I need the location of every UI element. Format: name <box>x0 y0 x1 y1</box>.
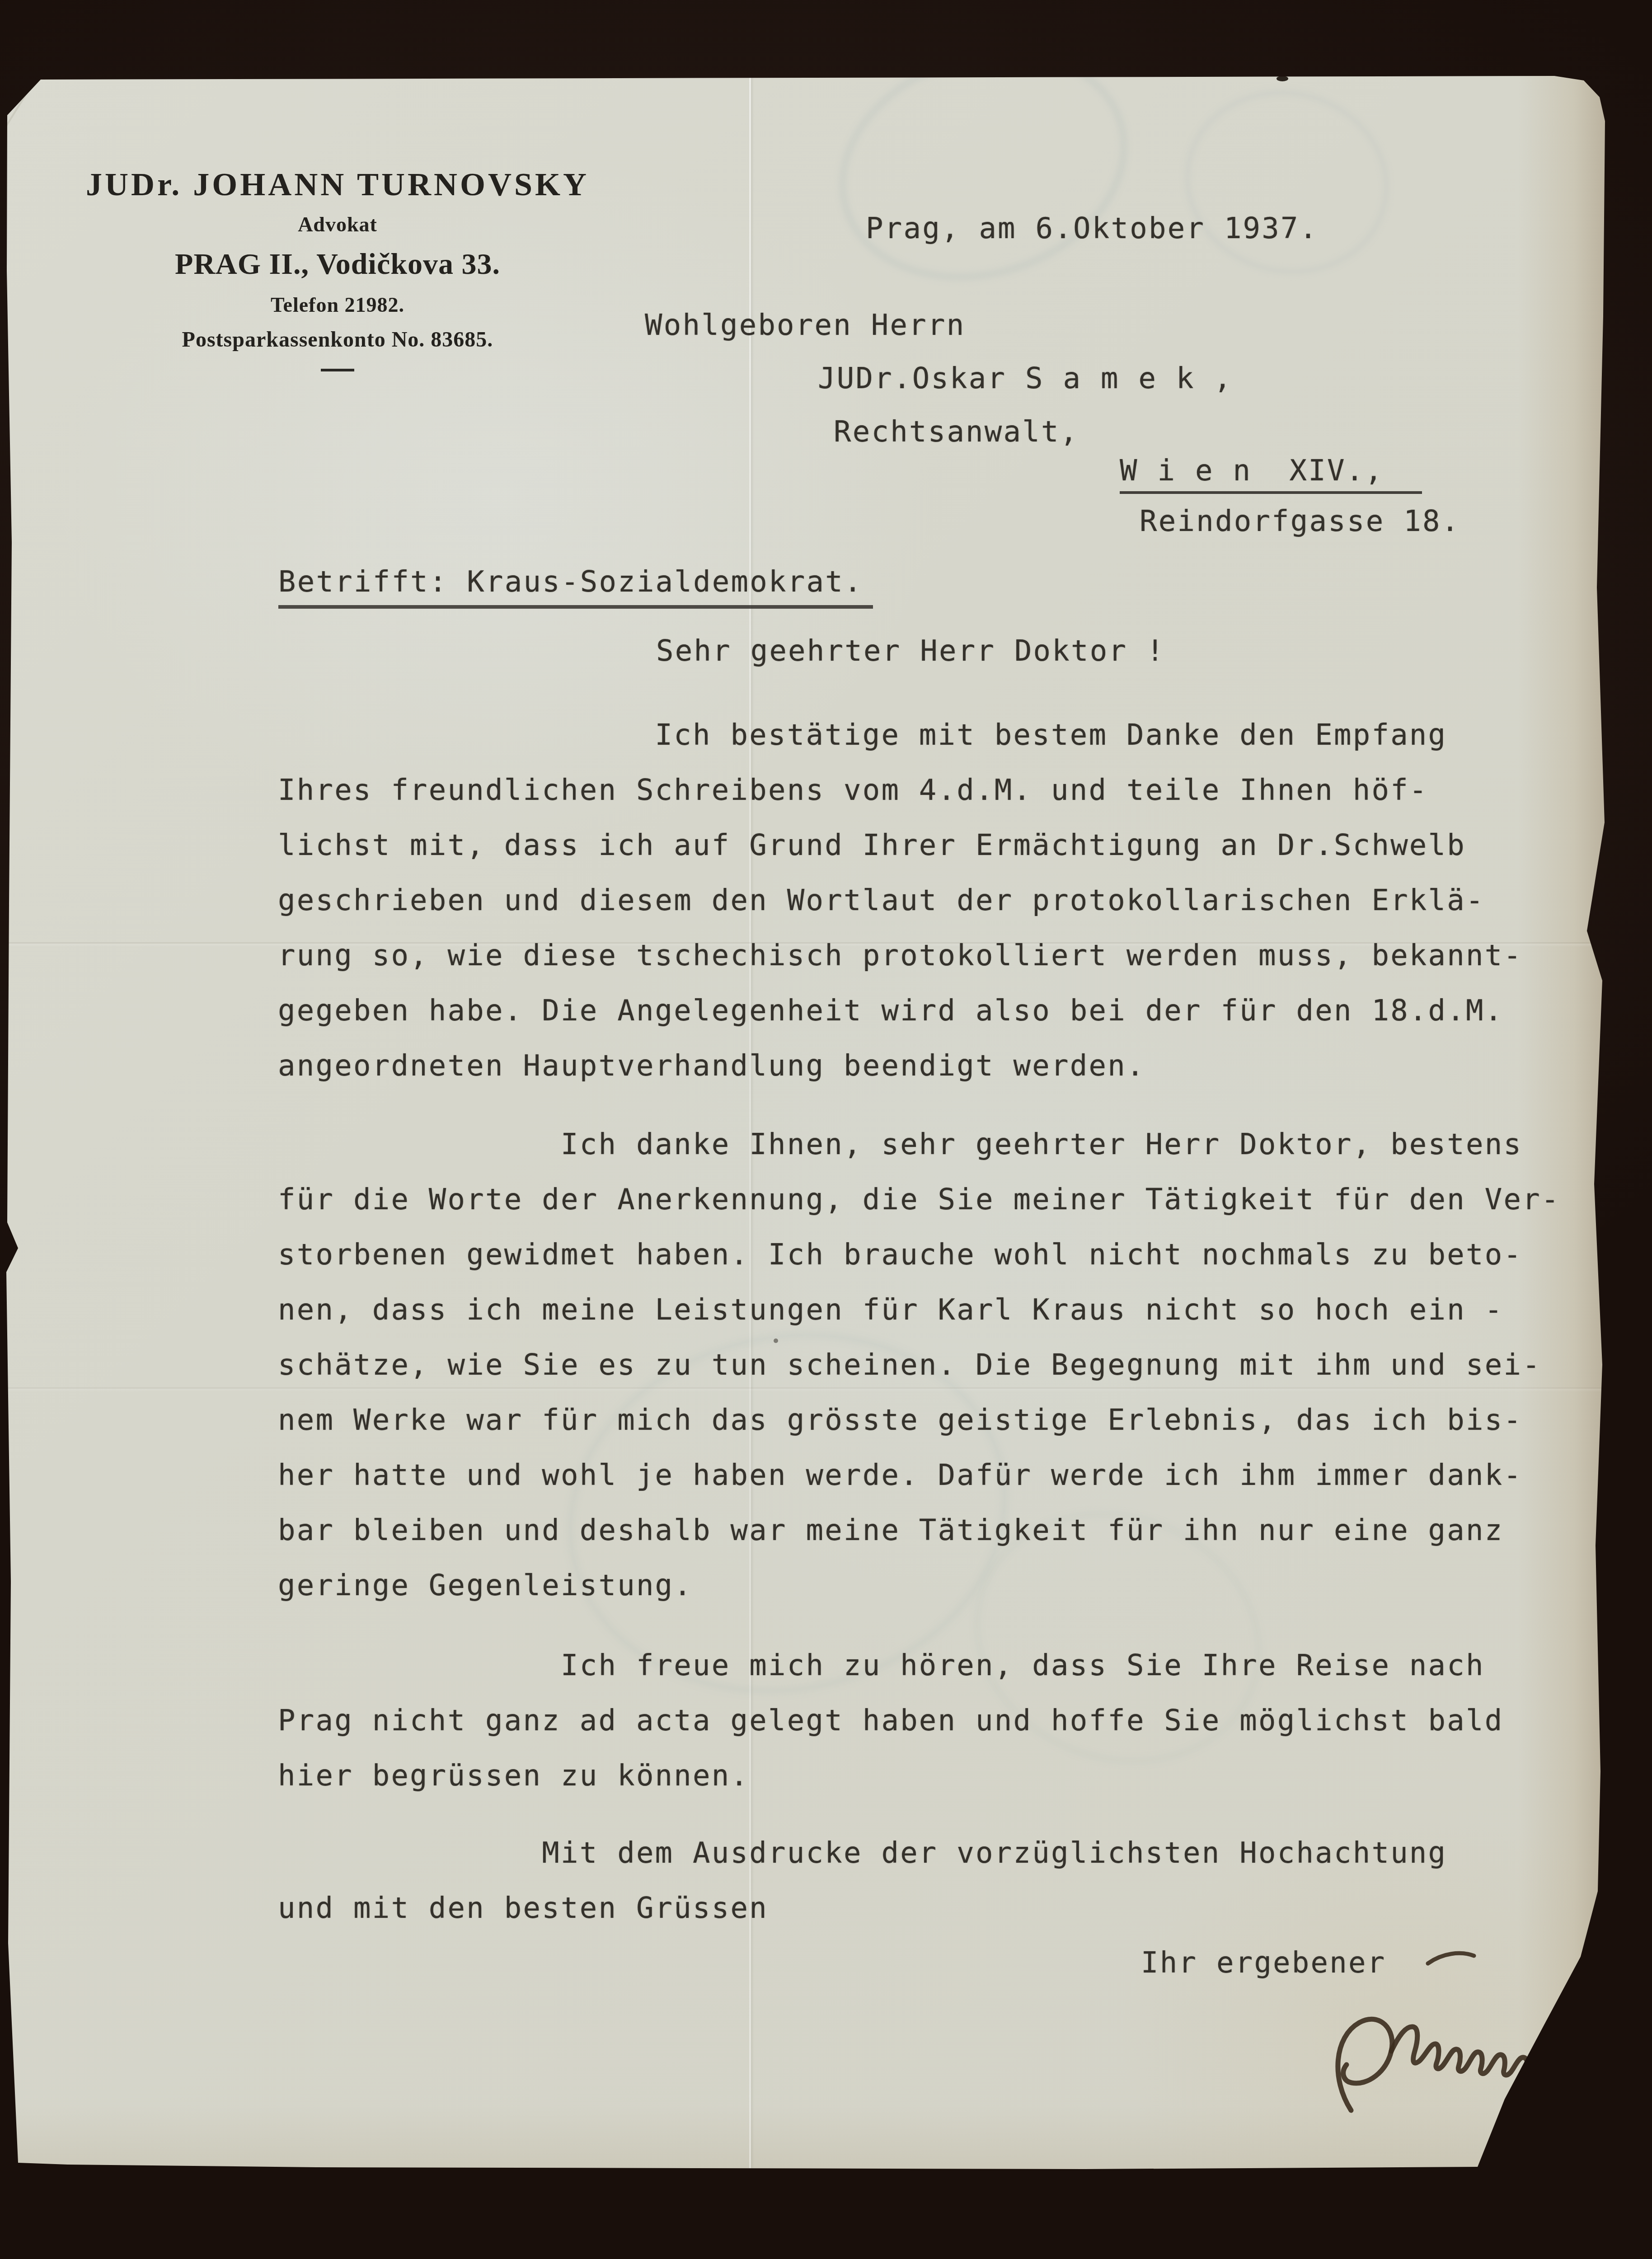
letterhead-address: PRAG II., Vodičkova 33. <box>68 249 607 279</box>
letter-paper: JUDr. JOHANN TURNOVSKY Advokat PRAG II.,… <box>0 0 1652 2259</box>
screenshot-root: { "letterhead": { "name": "JUDr. JOHANN … <box>0 0 1652 2259</box>
recipient-name: JUDr.Oskar S a m e k , <box>818 351 1233 406</box>
subject-underlined: Betrifft: Kraus-Sozialdemokrat. <box>278 565 873 609</box>
torn-edge-shading <box>1518 72 1609 2052</box>
recipient-city: W i e n XIV., <box>1120 443 1422 498</box>
letterhead-name: JUDr. JOHANN TURNOVSKY <box>68 168 607 201</box>
body-paragraph-2: Ich danke Ihnen, sehr geehrter Herr Dokt… <box>278 1117 1560 1613</box>
closing-lines: Mit dem Ausdrucke der vorzüglichsten Hoc… <box>278 1826 1447 1936</box>
recipient-city-underlined: W i e n XIV., <box>1120 454 1422 494</box>
handwritten-signature <box>1283 1930 1652 2124</box>
recipient-street: Reindorfgasse 18. <box>1140 494 1460 549</box>
letterhead-telephone: Telefon 21982. <box>68 295 607 315</box>
ghost-stamp-showthrough <box>1165 68 1409 296</box>
paper-fleck <box>1277 76 1288 81</box>
dateline: Prag, am 6.Oktober 1937. <box>866 201 1319 256</box>
corner-crease <box>0 84 33 245</box>
letterhead: JUDr. JOHANN TURNOVSKY Advokat PRAG II.,… <box>68 168 607 371</box>
letterhead-role: Advokat <box>68 214 607 235</box>
body-paragraph-3: Ich freue mich zu hören, dass Sie Ihre R… <box>278 1638 1504 1803</box>
recipient-title: Rechtsanwalt, <box>834 404 1079 460</box>
letterhead-postal-account: Postsparkassenkonto No. 83685. <box>68 329 607 351</box>
letterhead-divider-dash <box>321 369 354 371</box>
ghost-stamp-showthrough <box>809 14 1158 316</box>
body-paragraph-1: Ich bestätige mit bestem Danke den Empfa… <box>278 708 1522 1094</box>
salutation: Sehr geehrter Herr Doktor ! <box>656 624 1165 679</box>
subject-line: Betrifft: Kraus-Sozialdemokrat. <box>278 554 873 610</box>
recipient-honorific: Wohlgeboren Herrn <box>645 298 965 353</box>
